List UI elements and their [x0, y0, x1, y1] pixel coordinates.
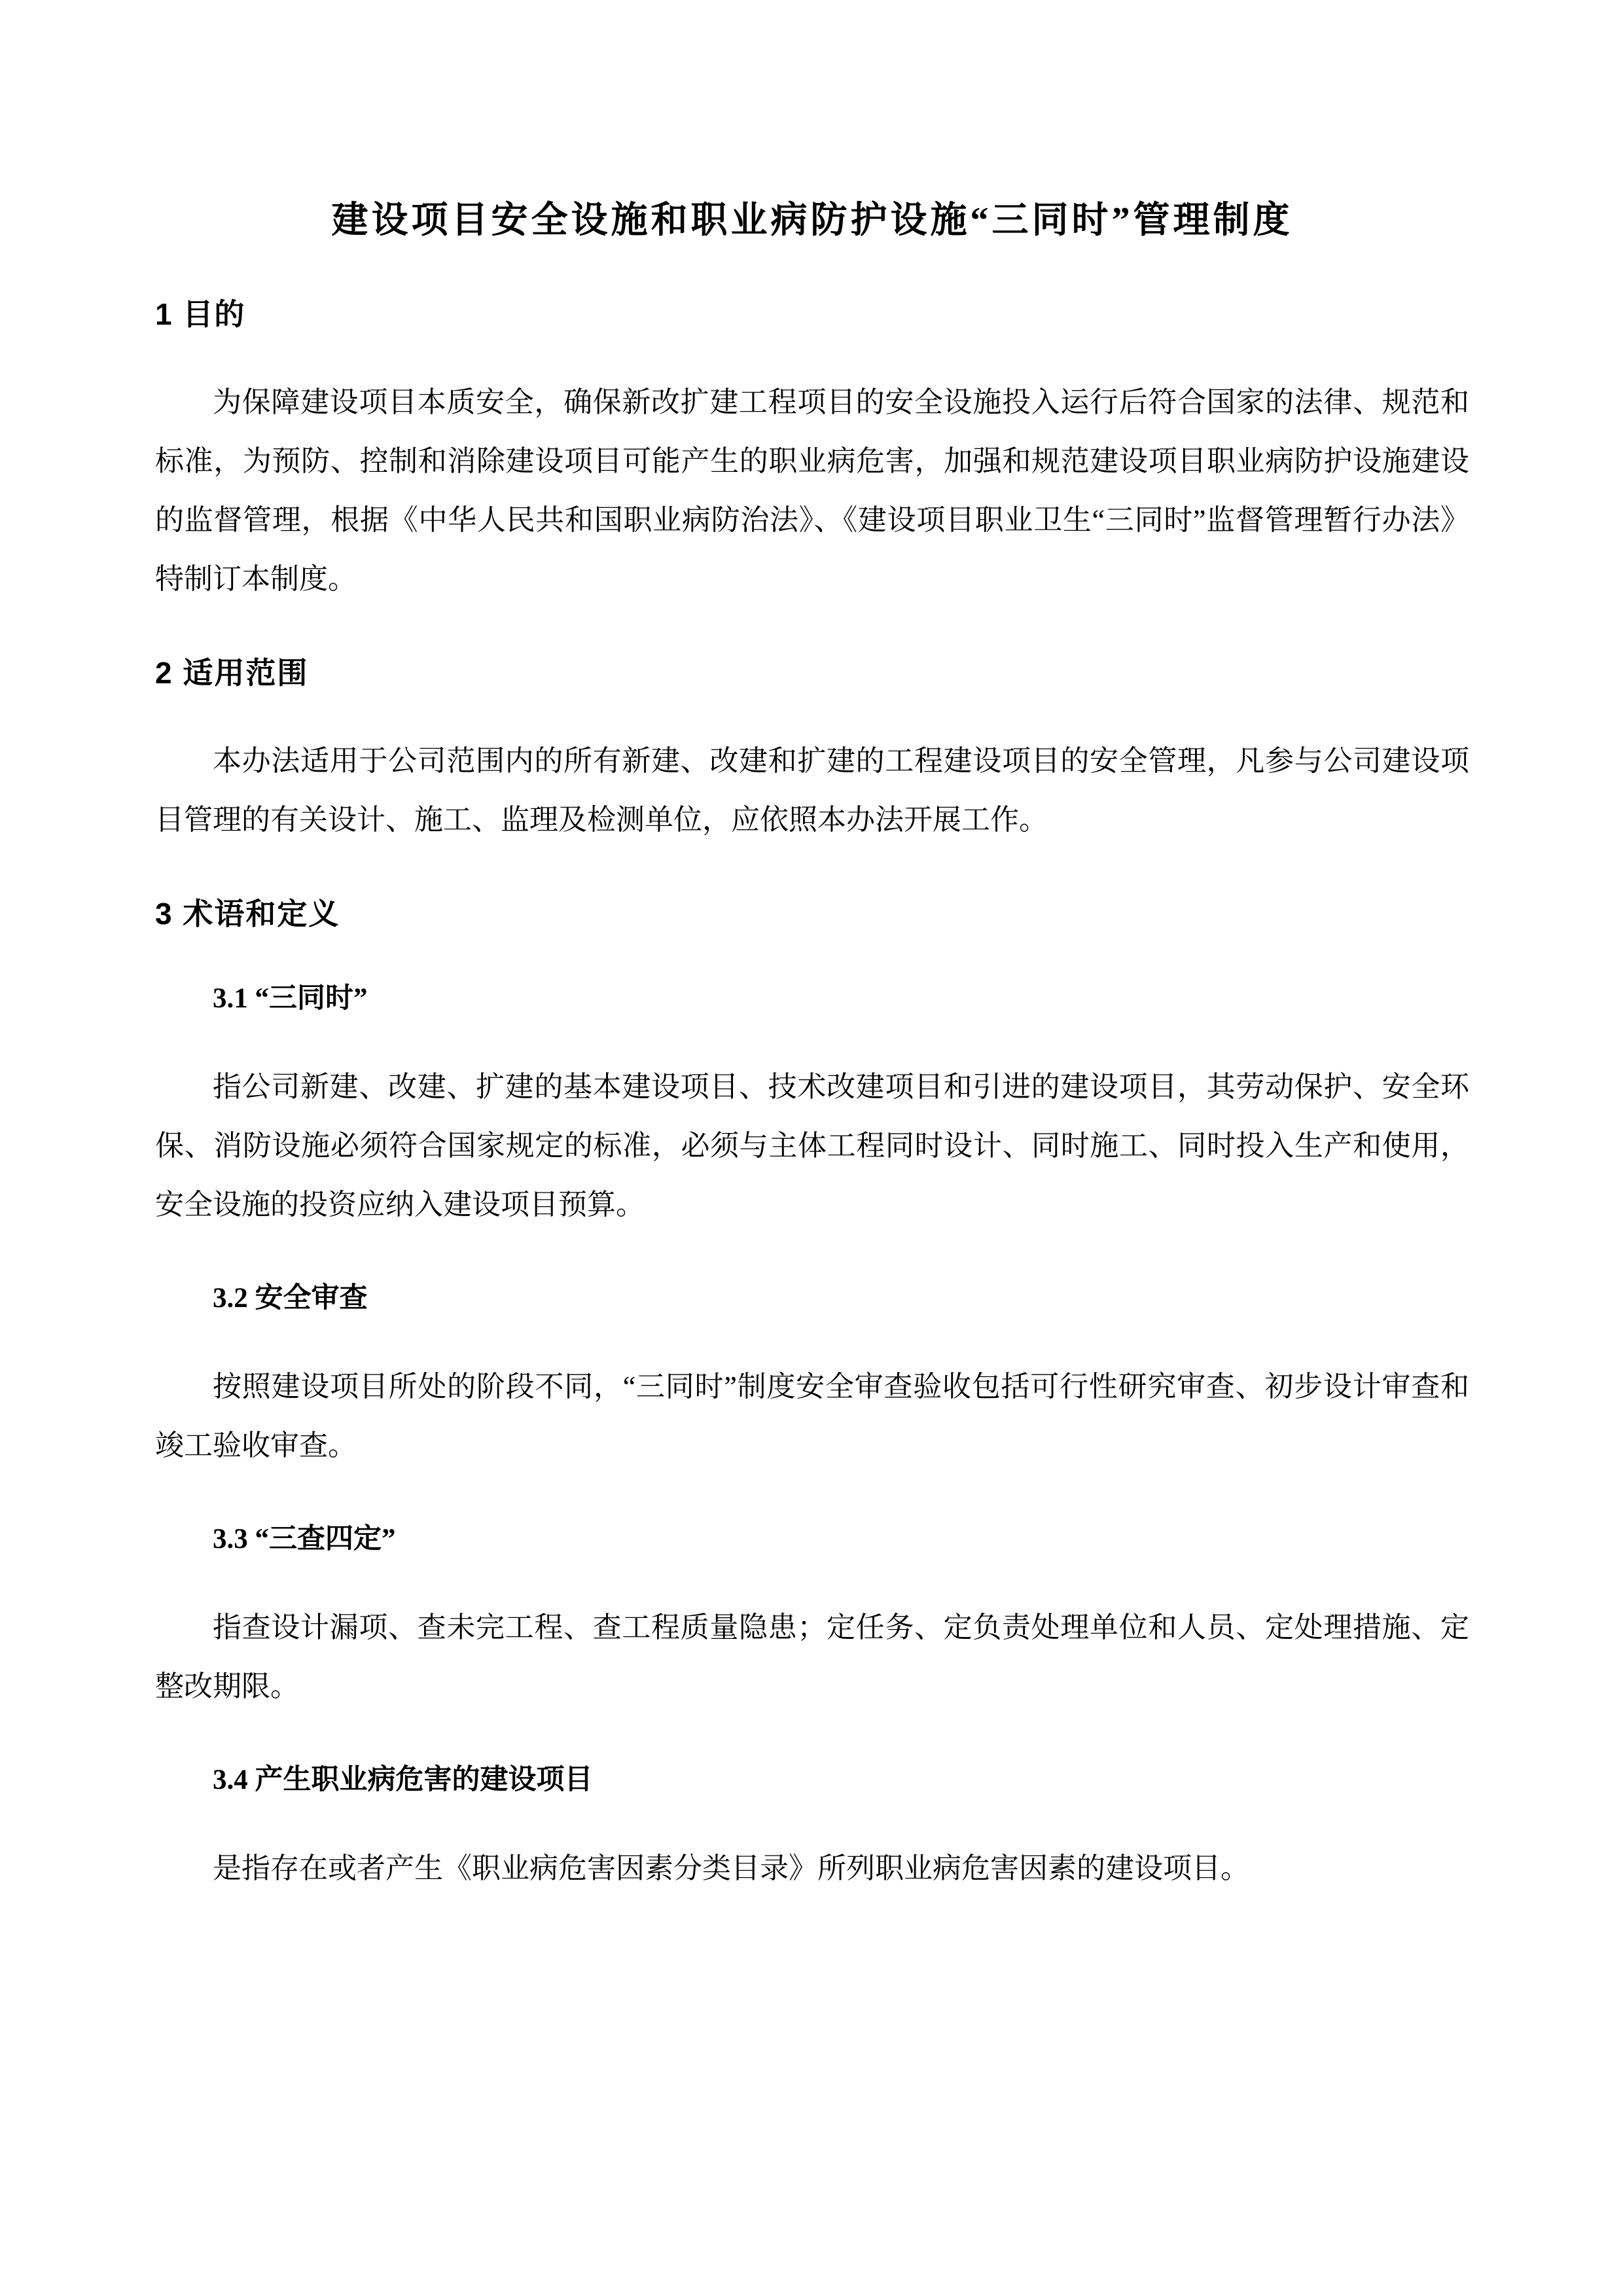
subsection-three-simultaneous-paragraph: 指公司新建、改建、扩建的基本建设项目、技术改建项目和引进的建设项目，其劳动保护、…: [155, 1058, 1469, 1234]
subsection-safety-review-heading: 3.2 安全审查: [155, 1278, 1469, 1319]
section-terms-heading: 3 术语和定义: [155, 893, 1469, 935]
subsection-three-checks-four-fixes: 3.3 “三查四定” 指查设计漏项、查未完工程、查工程质量隐患；定任务、定负责处…: [155, 1518, 1469, 1716]
subsection-occupational-hazard-projects: 3.4 产生职业病危害的建设项目 是指存在或者产生《职业病危害因素分类目录》所列…: [155, 1759, 1469, 1898]
subsection-three-checks-four-fixes-heading: 3.3 “三查四定”: [155, 1518, 1469, 1560]
subsection-three-simultaneous: 3.1 “三同时” 指公司新建、改建、扩建的基本建设项目、技术改建项目和引进的建…: [155, 978, 1469, 1234]
section-terms: 3 术语和定义 3.1 “三同时” 指公司新建、改建、扩建的基本建设项目、技术改…: [155, 893, 1469, 1898]
document-title: 建设项目安全设施和职业病防护设施“三同时”管理制度: [155, 0, 1469, 250]
subsection-three-simultaneous-heading: 3.1 “三同时”: [155, 978, 1469, 1020]
subsection-three-checks-four-fixes-paragraph: 指查设计漏项、查未完工程、查工程质量隐患；定任务、定负责处理单位和人员、定处理措…: [155, 1598, 1469, 1716]
section-purpose: 1 目的 为保障建设项目本质安全，确保新改扩建工程项目的安全设施投入运行后符合国…: [155, 293, 1469, 609]
section-purpose-heading: 1 目的: [155, 293, 1469, 335]
subsection-safety-review-paragraph: 按照建设项目所处的阶段不同，“三同时”制度安全审查验收包括可行性研究审查、初步设…: [155, 1357, 1469, 1475]
section-scope-paragraph: 本办法适用于公司范围内的所有新建、改建和扩建的工程建设项目的安全管理，凡参与公司…: [155, 732, 1469, 850]
document-page: 建设项目安全设施和职业病防护设施“三同时”管理制度 1 目的 为保障建设项目本质…: [0, 0, 1623, 2296]
subsection-occupational-hazard-projects-paragraph: 是指存在或者产生《职业病危害因素分类目录》所列职业病危害因素的建设项目。: [155, 1839, 1469, 1898]
section-scope-heading: 2 适用范围: [155, 652, 1469, 694]
subsection-occupational-hazard-projects-heading: 3.4 产生职业病危害的建设项目: [155, 1759, 1469, 1801]
section-purpose-paragraph: 为保障建设项目本质安全，确保新改扩建工程项目的安全设施投入运行后符合国家的法律、…: [155, 373, 1469, 609]
subsection-safety-review: 3.2 安全审查 按照建设项目所处的阶段不同，“三同时”制度安全审查验收包括可行…: [155, 1278, 1469, 1475]
section-scope: 2 适用范围 本办法适用于公司范围内的所有新建、改建和扩建的工程建设项目的安全管…: [155, 652, 1469, 850]
